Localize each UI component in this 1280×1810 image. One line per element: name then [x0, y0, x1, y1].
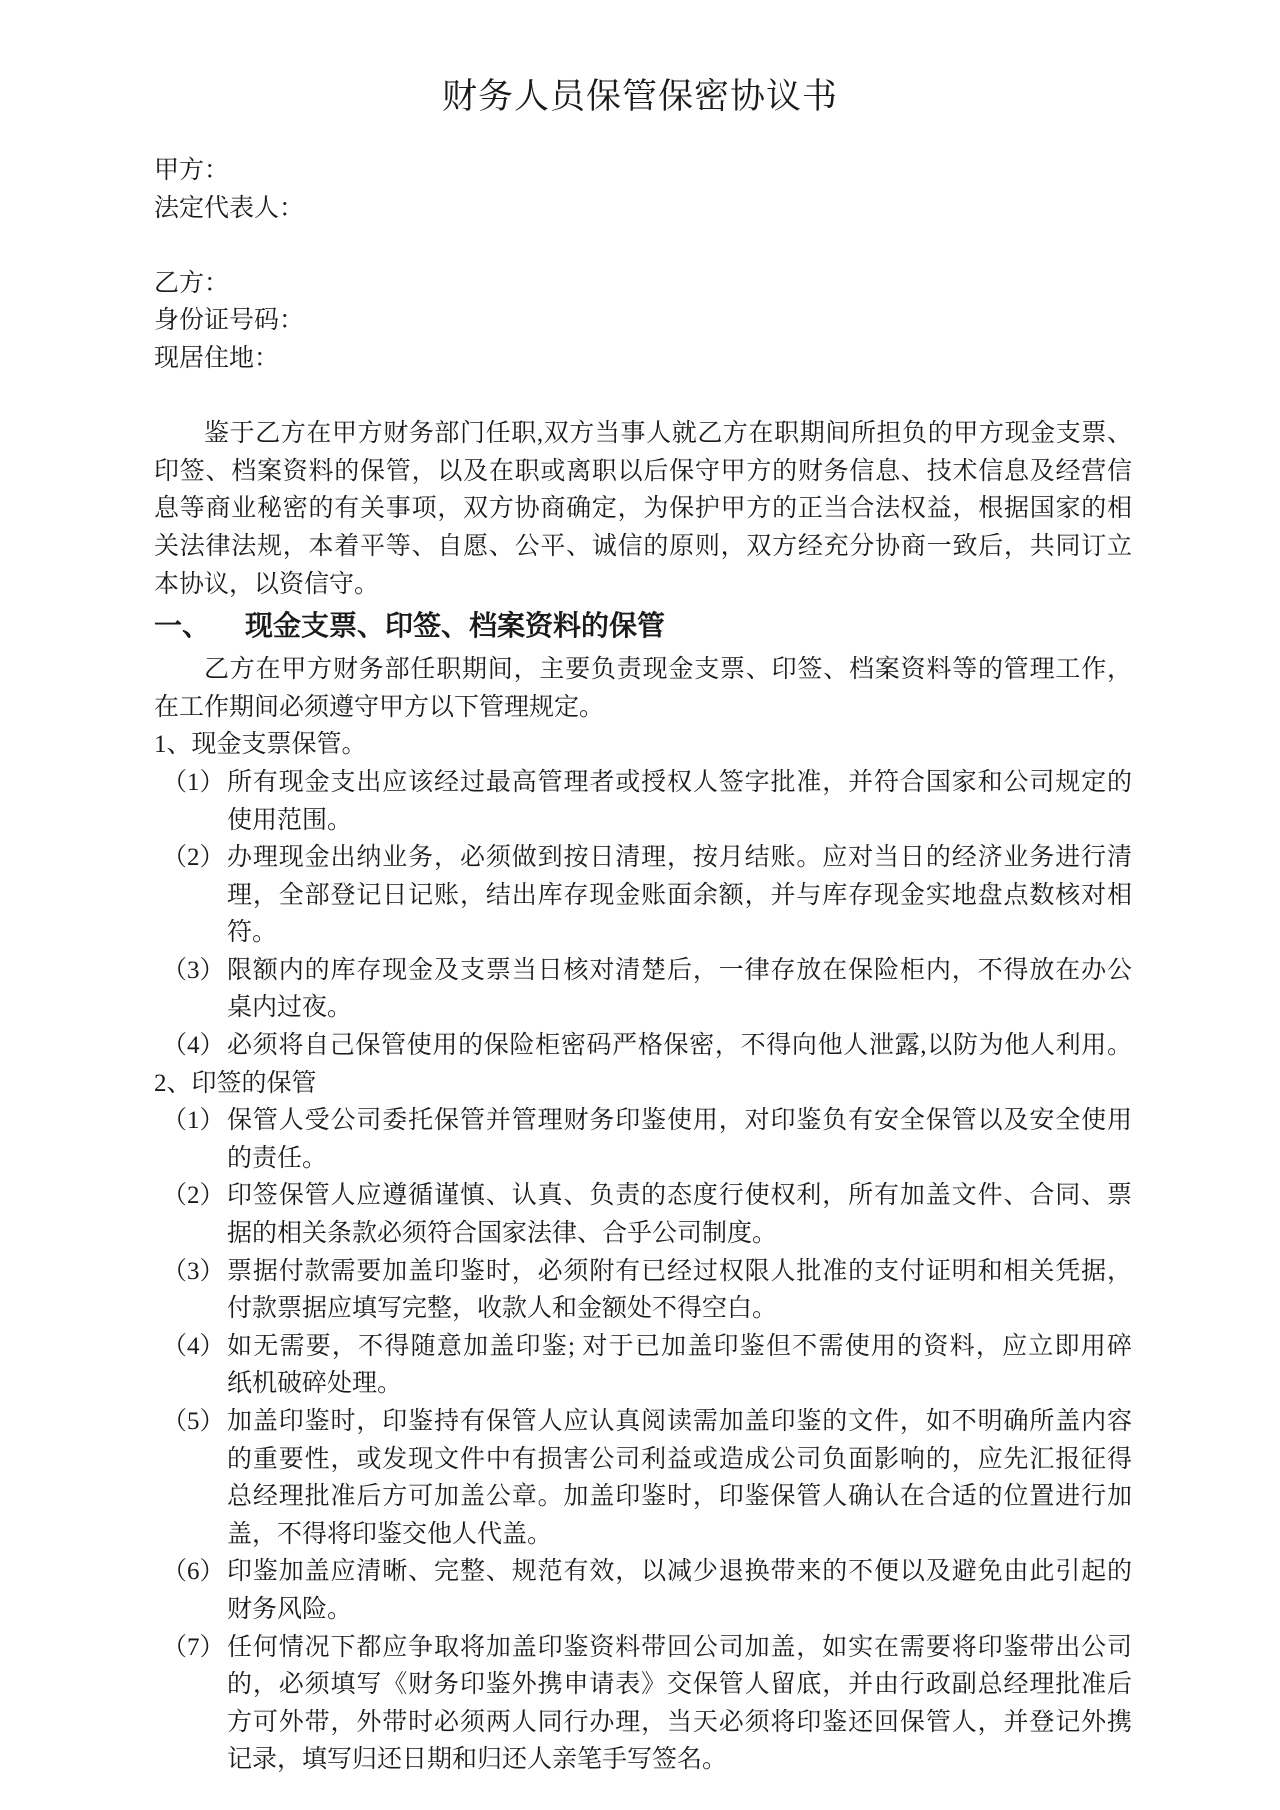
- item-line: 记录，填写归还日期和归还人亲笔手写签名。: [227, 1741, 1132, 1779]
- preamble-line: 印签、档案资料的保管，以及在职或离职以后保守甲方的财务信息、技术信息及经营信: [154, 453, 1132, 491]
- doc-body: 甲方： 法定代表人： 乙方： 身份证号码： 现居住地： 鉴于乙方在甲方财务部门任…: [0, 152, 1280, 1779]
- item-line: 印鉴加盖应清晰、完整、规范有效，以减少退换带来的不便以及避免由此引起的: [227, 1553, 1132, 1591]
- list-item-2-6: （6） 印鉴加盖应清晰、完整、规范有效，以减少退换带来的不便以及避免由此引起的 …: [154, 1553, 1132, 1628]
- item-line: 理，全部登记日记账，结出库存现金账面余额，并与库存现金实地盘点数核对相: [227, 877, 1132, 915]
- item-line: 加盖印鉴时，印鉴持有保管人应认真阅读需加盖印鉴的文件，如不明确所盖内容: [227, 1403, 1132, 1441]
- list-item-2-7: （7） 任何情况下都应争取将加盖印鉴资料带回公司加盖，如实在需要将印鉴带出公司 …: [154, 1629, 1132, 1779]
- item-line: 票据付款需要加盖印鉴时，必须附有已经过权限人批准的支付证明和相关凭据，: [227, 1253, 1132, 1291]
- sub1-title: 1、现金支票保管。: [154, 726, 1132, 764]
- item-line: 总经理批准后方可加盖公章。加盖印鉴时，印鉴保管人确认在合适的位置进行加: [227, 1478, 1132, 1516]
- section1-heading-marker: 一、: [154, 603, 245, 651]
- field-party-b: 乙方：: [154, 265, 1132, 303]
- item-marker: （4）: [162, 1027, 225, 1065]
- list-item-1-4: （4） 必须将自己保管使用的保险柜密码严格保密，不得向他人泄露,以防为他人利用。: [154, 1027, 1132, 1065]
- item-line: 办理现金出纳业务，必须做到按日清理，按月结账。应对当日的经济业务进行清: [227, 839, 1132, 877]
- item-line: 纸机破碎处理。: [227, 1365, 1132, 1403]
- item-line: 如无需要，不得随意加盖印鉴; 对于已加盖印鉴但不需使用的资料，应立即用碎: [227, 1328, 1132, 1366]
- section1-intro-line: 乙方在甲方财务部任职期间，主要负责现金支票、印签、档案资料等的管理工作，: [154, 651, 1132, 689]
- item-line: 的，必须填写《财务印鉴外携申请表》交保管人留底，并由行政副总经理批准后: [227, 1666, 1132, 1704]
- list-item-1-3: （3） 限额内的库存现金及支票当日核对清楚后，一律存放在保险柜内，不得放在办公 …: [154, 952, 1132, 1027]
- item-marker: （1）: [162, 1102, 225, 1140]
- item-marker: （2）: [162, 839, 225, 877]
- item-line: 财务风险。: [227, 1591, 1132, 1629]
- field-legal-rep: 法定代表人：: [154, 190, 1132, 228]
- item-line: 桌内过夜。: [227, 989, 1132, 1027]
- item-line: 付款票据应填写完整，收款人和金额处不得空白。: [227, 1290, 1132, 1328]
- item-line: 印签保管人应遵循谨慎、认真、负责的态度行使权利，所有加盖文件、合同、票: [227, 1177, 1132, 1215]
- list-item-1-1: （1） 所有现金支出应该经过最高管理者或授权人签字批准，并符合国家和公司规定的 …: [154, 764, 1132, 839]
- item-line: 方可外带，外带时必须两人同行办理，当天必须将印鉴还回保管人，并登记外携: [227, 1704, 1132, 1742]
- list-item-2-1: （1） 保管人受公司委托保管并管理财务印鉴使用，对印鉴负有安全保管以及安全使用 …: [154, 1102, 1132, 1177]
- item-marker: （5）: [162, 1403, 225, 1441]
- item-marker: （2）: [162, 1177, 225, 1215]
- item-line: 任何情况下都应争取将加盖印鉴资料带回公司加盖，如实在需要将印鉴带出公司: [227, 1629, 1132, 1667]
- preamble-line: 本协议，以资信守。: [154, 566, 1132, 604]
- section1-intro-line: 在工作期间必须遵守甲方以下管理规定。: [154, 689, 1132, 727]
- item-marker: （3）: [162, 1253, 225, 1291]
- list-item-2-2: （2） 印签保管人应遵循谨慎、认真、负责的态度行使权利，所有加盖文件、合同、票 …: [154, 1177, 1132, 1252]
- item-line: 据的相关条款必须符合国家法律、合乎公司制度。: [227, 1215, 1132, 1253]
- section1-heading: 一、现金支票、印签、档案资料的保管: [154, 603, 1132, 651]
- list-item-1-2: （2） 办理现金出纳业务，必须做到按日清理，按月结账。应对当日的经济业务进行清 …: [154, 839, 1132, 952]
- preamble-line: 鉴于乙方在甲方财务部门任职,双方当事人就乙方在职期间所担负的甲方现金支票、: [154, 415, 1132, 453]
- item-marker: （7）: [162, 1629, 225, 1667]
- list-item-2-3: （3） 票据付款需要加盖印鉴时，必须附有已经过权限人批准的支付证明和相关凭据， …: [154, 1253, 1132, 1328]
- item-marker: （6）: [162, 1553, 225, 1591]
- field-party-a: 甲方：: [154, 152, 1132, 190]
- item-line: 必须将自己保管使用的保险柜密码严格保密，不得向他人泄露,以防为他人利用。: [227, 1027, 1132, 1065]
- spacer: [154, 227, 1132, 265]
- item-line: 符。: [227, 914, 1132, 952]
- document-page: 财务人员保管保密协议书 甲方： 法定代表人： 乙方： 身份证号码： 现居住地： …: [0, 0, 1280, 1810]
- item-marker: （3）: [162, 952, 225, 990]
- item-line: 盖，不得将印鉴交他人代盖。: [227, 1516, 1132, 1554]
- section1-heading-text: 现金支票、印签、档案资料的保管: [245, 611, 665, 642]
- item-line: 限额内的库存现金及支票当日核对清楚后，一律存放在保险柜内，不得放在办公: [227, 952, 1132, 990]
- item-line: 所有现金支出应该经过最高管理者或授权人签字批准，并符合国家和公司规定的: [227, 764, 1132, 802]
- item-marker: （1）: [162, 764, 225, 802]
- item-line: 保管人受公司委托保管并管理财务印鉴使用，对印鉴负有安全保管以及安全使用: [227, 1102, 1132, 1140]
- field-residence: 现居住地：: [154, 340, 1132, 378]
- item-line: 的重要性，或发现文件中有损害公司利益或造成公司负面影响的，应先汇报征得: [227, 1441, 1132, 1479]
- sub2-title: 2、印签的保管: [154, 1065, 1132, 1103]
- preamble-line: 息等商业秘密的有关事项，双方协商确定，为保护甲方的正当合法权益，根据国家的相: [154, 490, 1132, 528]
- item-marker: （4）: [162, 1328, 225, 1366]
- item-line: 的责任。: [227, 1140, 1132, 1178]
- preamble-line: 关法律法规，本着平等、自愿、公平、诚信的原则，双方经充分协商一致后，共同订立: [154, 528, 1132, 566]
- doc-title: 财务人员保管保密协议书: [0, 0, 1280, 122]
- field-id-number: 身份证号码：: [154, 302, 1132, 340]
- list-item-2-4: （4） 如无需要，不得随意加盖印鉴; 对于已加盖印鉴但不需使用的资料，应立即用碎…: [154, 1328, 1132, 1403]
- list-item-2-5: （5） 加盖印鉴时，印鉴持有保管人应认真阅读需加盖印鉴的文件，如不明确所盖内容 …: [154, 1403, 1132, 1553]
- spacer: [154, 378, 1132, 416]
- item-line: 使用范围。: [227, 802, 1132, 840]
